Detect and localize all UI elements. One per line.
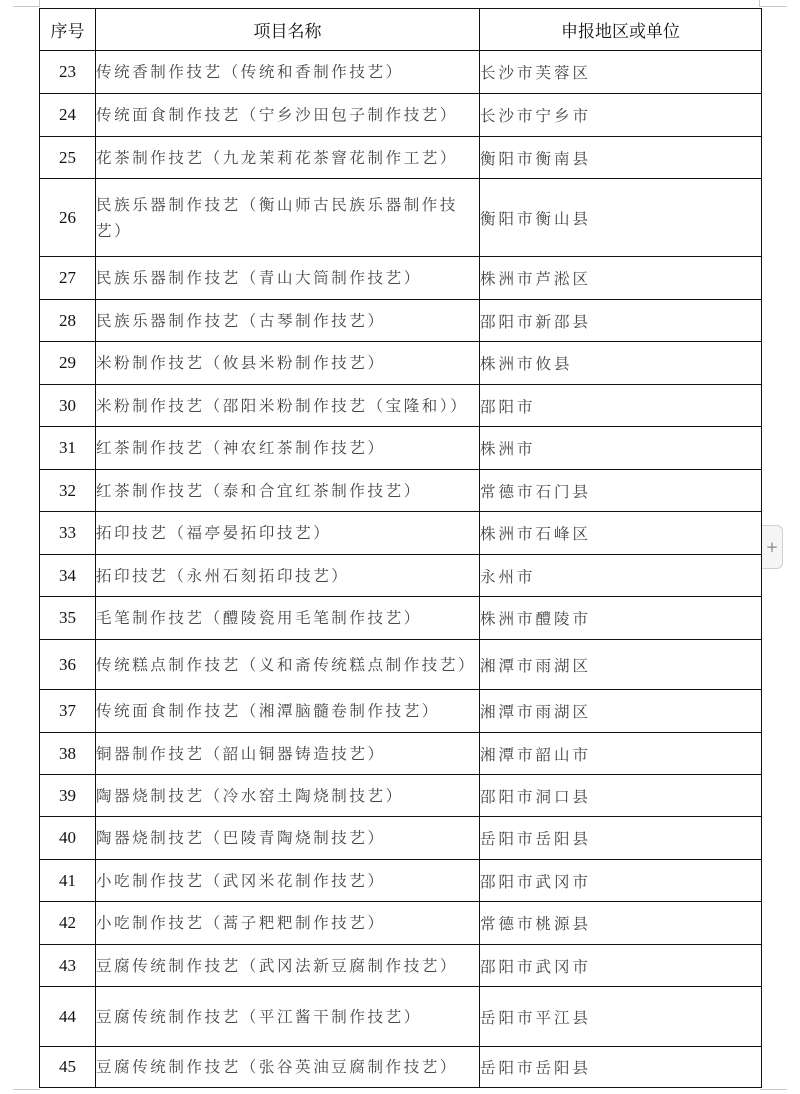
page-corner-mark-bottom-right (760, 1089, 787, 1090)
cell-serial-number: 39 (40, 775, 96, 817)
table-row: 35毛笔制作技艺（醴陵瓷用毛笔制作技艺）株洲市醴陵市 (40, 597, 762, 640)
page-corner-mark-top-left-v (39, 0, 40, 7)
page-corner-mark-top-right-v (759, 0, 760, 7)
cell-region: 湘潭市韶山市 (480, 733, 762, 775)
cell-region: 邵阳市 (480, 385, 762, 427)
cell-project-name: 传统面食制作技艺（宁乡沙田包子制作技艺） (96, 94, 480, 137)
table-row: 41小吃制作技艺（武冈米花制作技艺）邵阳市武冈市 (40, 860, 762, 902)
cell-project-name: 红茶制作技艺（泰和合宜红茶制作技艺） (96, 470, 480, 512)
cell-serial-number: 43 (40, 945, 96, 987)
cell-region: 湘潭市雨湖区 (480, 640, 762, 690)
cell-region: 长沙市芙蓉区 (480, 51, 762, 94)
cell-serial-number: 31 (40, 427, 96, 470)
table-row: 24传统面食制作技艺（宁乡沙田包子制作技艺）长沙市宁乡市 (40, 94, 762, 137)
cell-project-name: 小吃制作技艺（武冈米花制作技艺） (96, 860, 480, 902)
cell-serial-number: 24 (40, 94, 96, 137)
cell-project-name: 陶器烧制技艺（巴陵青陶烧制技艺） (96, 817, 480, 860)
table-row: 30米粉制作技艺（邵阳米粉制作技艺（宝隆和））邵阳市 (40, 385, 762, 427)
cell-project-name: 米粉制作技艺（攸县米粉制作技艺） (96, 342, 480, 385)
cell-project-name: 毛笔制作技艺（醴陵瓷用毛笔制作技艺） (96, 597, 480, 640)
cell-region: 株洲市醴陵市 (480, 597, 762, 640)
cell-serial-number: 28 (40, 300, 96, 342)
cell-region: 衡阳市衡山县 (480, 179, 762, 257)
cell-serial-number: 23 (40, 51, 96, 94)
cell-project-name: 豆腐传统制作技艺（平江酱干制作技艺） (96, 987, 480, 1047)
header-region: 申报地区或单位 (480, 9, 762, 51)
cell-project-name: 拓印技艺（永州石刻拓印技艺） (96, 555, 480, 597)
cell-region: 邵阳市武冈市 (480, 945, 762, 987)
cell-project-name: 民族乐器制作技艺（衡山师古民族乐器制作技艺） (96, 179, 480, 257)
cell-project-name: 红茶制作技艺（神农红茶制作技艺） (96, 427, 480, 470)
table-row: 28民族乐器制作技艺（古琴制作技艺）邵阳市新邵县 (40, 300, 762, 342)
plus-icon: + (766, 538, 779, 556)
table-row: 44豆腐传统制作技艺（平江酱干制作技艺）岳阳市平江县 (40, 987, 762, 1047)
table-row: 36传统糕点制作技艺（义和斋传统糕点制作技艺）湘潭市雨湖区 (40, 640, 762, 690)
cell-region: 株洲市芦淞区 (480, 257, 762, 300)
cell-project-name: 民族乐器制作技艺（青山大筒制作技艺） (96, 257, 480, 300)
cell-project-name: 传统糕点制作技艺（义和斋传统糕点制作技艺） (96, 640, 480, 690)
cell-serial-number: 42 (40, 902, 96, 945)
table-row: 37传统面食制作技艺（湘潭脑髓卷制作技艺）湘潭市雨湖区 (40, 690, 762, 733)
cell-region: 邵阳市新邵县 (480, 300, 762, 342)
cell-region: 邵阳市武冈市 (480, 860, 762, 902)
cell-serial-number: 38 (40, 733, 96, 775)
cell-region: 衡阳市衡南县 (480, 137, 762, 179)
cell-serial-number: 25 (40, 137, 96, 179)
cell-region: 株洲市 (480, 427, 762, 470)
cell-region: 邵阳市洞口县 (480, 775, 762, 817)
cell-region: 常德市桃源县 (480, 902, 762, 945)
cell-project-name: 民族乐器制作技艺（古琴制作技艺） (96, 300, 480, 342)
cell-region: 长沙市宁乡市 (480, 94, 762, 137)
cell-project-name: 豆腐传统制作技艺（张谷英油豆腐制作技艺） (96, 1047, 480, 1088)
table-row: 29米粉制作技艺（攸县米粉制作技艺）株洲市攸县 (40, 342, 762, 385)
page-corner-mark-bottom-left (13, 1089, 40, 1090)
cell-region: 株洲市石峰区 (480, 512, 762, 555)
table-row: 26民族乐器制作技艺（衡山师古民族乐器制作技艺）衡阳市衡山县 (40, 179, 762, 257)
cell-serial-number: 41 (40, 860, 96, 902)
table-row: 27民族乐器制作技艺（青山大筒制作技艺）株洲市芦淞区 (40, 257, 762, 300)
table-row: 33拓印技艺（福亭晏拓印技艺）株洲市石峰区 (40, 512, 762, 555)
cell-serial-number: 40 (40, 817, 96, 860)
table-row: 38铜器制作技艺（韶山铜器铸造技艺）湘潭市韶山市 (40, 733, 762, 775)
header-serial-number: 序号 (40, 9, 96, 51)
heritage-project-table: 序号 项目名称 申报地区或单位 23传统香制作技艺（传统和香制作技艺）长沙市芙蓉… (39, 8, 762, 1088)
cell-serial-number: 45 (40, 1047, 96, 1088)
cell-project-name: 陶器烧制技艺（冷水窑土陶烧制技艺） (96, 775, 480, 817)
cell-serial-number: 27 (40, 257, 96, 300)
table-row: 31红茶制作技艺（神农红茶制作技艺）株洲市 (40, 427, 762, 470)
table-row: 23传统香制作技艺（传统和香制作技艺）长沙市芙蓉区 (40, 51, 762, 94)
table-row: 43豆腐传统制作技艺（武冈法新豆腐制作技艺）邵阳市武冈市 (40, 945, 762, 987)
cell-serial-number: 32 (40, 470, 96, 512)
cell-project-name: 传统面食制作技艺（湘潭脑髓卷制作技艺） (96, 690, 480, 733)
cell-serial-number: 29 (40, 342, 96, 385)
cell-region: 岳阳市岳阳县 (480, 1047, 762, 1088)
cell-project-name: 铜器制作技艺（韶山铜器铸造技艺） (96, 733, 480, 775)
table-row: 32红茶制作技艺（泰和合宜红茶制作技艺）常德市石门县 (40, 470, 762, 512)
page-corner-mark-top-left-h (13, 6, 40, 7)
table-row: 39陶器烧制技艺（冷水窑土陶烧制技艺）邵阳市洞口县 (40, 775, 762, 817)
header-project-name: 项目名称 (96, 9, 480, 51)
cell-region: 岳阳市岳阳县 (480, 817, 762, 860)
cell-region: 永州市 (480, 555, 762, 597)
cell-region: 株洲市攸县 (480, 342, 762, 385)
cell-project-name: 拓印技艺（福亭晏拓印技艺） (96, 512, 480, 555)
cell-serial-number: 34 (40, 555, 96, 597)
cell-serial-number: 26 (40, 179, 96, 257)
cell-project-name: 传统香制作技艺（传统和香制作技艺） (96, 51, 480, 94)
table-row: 42小吃制作技艺（蒿子粑粑制作技艺）常德市桃源县 (40, 902, 762, 945)
cell-region: 常德市石门县 (480, 470, 762, 512)
cell-serial-number: 35 (40, 597, 96, 640)
cell-project-name: 小吃制作技艺（蒿子粑粑制作技艺） (96, 902, 480, 945)
cell-serial-number: 36 (40, 640, 96, 690)
table-row: 25花茶制作技艺（九龙茉莉花茶窨花制作工艺）衡阳市衡南县 (40, 137, 762, 179)
cell-project-name: 米粉制作技艺（邵阳米粉制作技艺（宝隆和）） (96, 385, 480, 427)
add-row-button[interactable]: + (762, 525, 783, 569)
page-corner-mark-top-right-h (760, 6, 787, 7)
cell-region: 湘潭市雨湖区 (480, 690, 762, 733)
table-row: 45豆腐传统制作技艺（张谷英油豆腐制作技艺）岳阳市岳阳县 (40, 1047, 762, 1088)
cell-serial-number: 44 (40, 987, 96, 1047)
cell-project-name: 豆腐传统制作技艺（武冈法新豆腐制作技艺） (96, 945, 480, 987)
table-header-row: 序号 项目名称 申报地区或单位 (40, 9, 762, 51)
table-row: 40陶器烧制技艺（巴陵青陶烧制技艺）岳阳市岳阳县 (40, 817, 762, 860)
table-row: 34拓印技艺（永州石刻拓印技艺）永州市 (40, 555, 762, 597)
cell-project-name: 花茶制作技艺（九龙茉莉花茶窨花制作工艺） (96, 137, 480, 179)
cell-serial-number: 30 (40, 385, 96, 427)
cell-region: 岳阳市平江县 (480, 987, 762, 1047)
cell-serial-number: 37 (40, 690, 96, 733)
cell-serial-number: 33 (40, 512, 96, 555)
